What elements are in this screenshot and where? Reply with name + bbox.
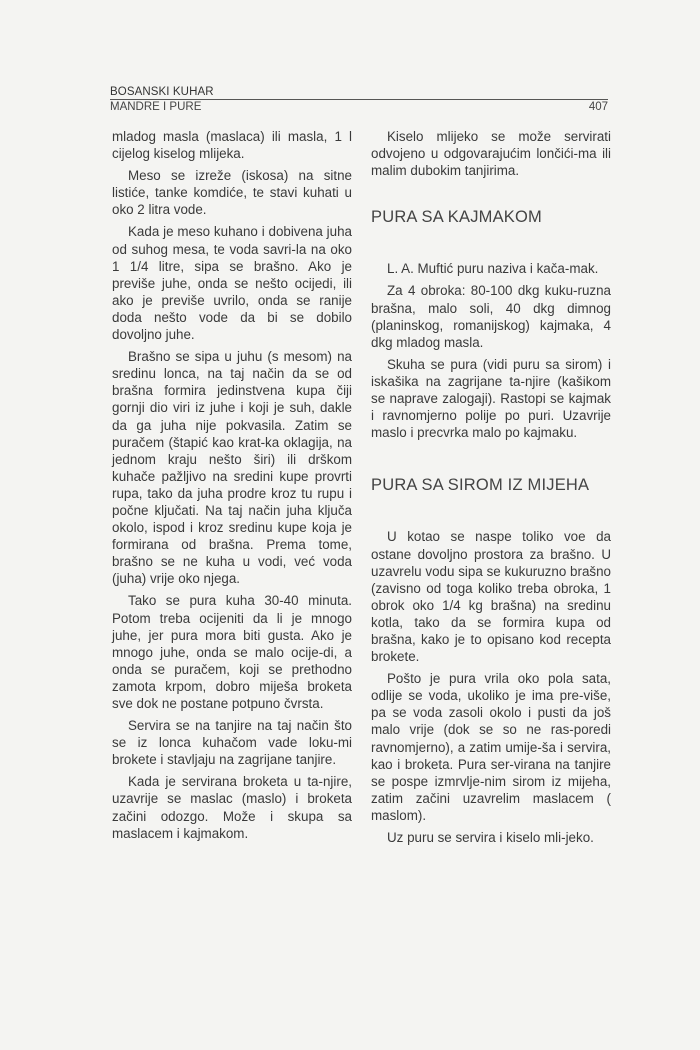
running-header: BOSANSKI KUHAR MANDRE I PURE 407 — [110, 86, 608, 114]
section-heading: PURA SA SIROM IZ MIJEHA — [371, 477, 611, 494]
paragraph: Meso se izreže (iskosa) na sitne listiće… — [112, 167, 352, 218]
header-row: MANDRE I PURE 407 — [110, 100, 608, 114]
left-column: mladog masla (maslaca) ili masla, 1 l ci… — [112, 128, 352, 847]
paragraph: Pošto je pura vrila oko pola sata, odlij… — [371, 670, 611, 824]
paragraph: Servira se na tanjire na taj način što s… — [112, 717, 352, 768]
paragraph: Kada je meso kuhano i dobivena juha od s… — [112, 223, 352, 343]
paragraph: Kiselo mlijeko se može servirati odvojen… — [371, 128, 611, 179]
section-heading: PURA SA KAJMAKOM — [371, 209, 611, 226]
paragraph: Skuha se pura (vidi puru sa sirom) i isk… — [371, 356, 611, 441]
book-title: BOSANSKI KUHAR — [110, 86, 608, 100]
paragraph: mladog masla (maslaca) ili masla, 1 l ci… — [112, 128, 352, 162]
paragraph: U kotao se naspe toliko voe da ostane do… — [371, 528, 611, 665]
paragraph: L. A. Muftić puru naziva i kača-mak. — [371, 260, 611, 277]
paragraph: Tako se pura kuha 30-40 minuta. Potom tr… — [112, 592, 352, 712]
paragraph: Za 4 obroka: 80-100 dkg kuku-ruzna brašn… — [371, 282, 611, 350]
page-number: 407 — [589, 100, 608, 114]
chapter-title: MANDRE I PURE — [110, 100, 201, 114]
paragraph: Uz puru se servira i kiselo mli-jeko. — [371, 829, 611, 846]
paragraph: Kada je servirana broketa u ta-njire, uz… — [112, 773, 352, 841]
right-column: Kiselo mlijeko se može servirati odvojen… — [371, 128, 611, 851]
paragraph: Brašno se sipa u juhu (s mesom) na sredi… — [112, 348, 352, 587]
